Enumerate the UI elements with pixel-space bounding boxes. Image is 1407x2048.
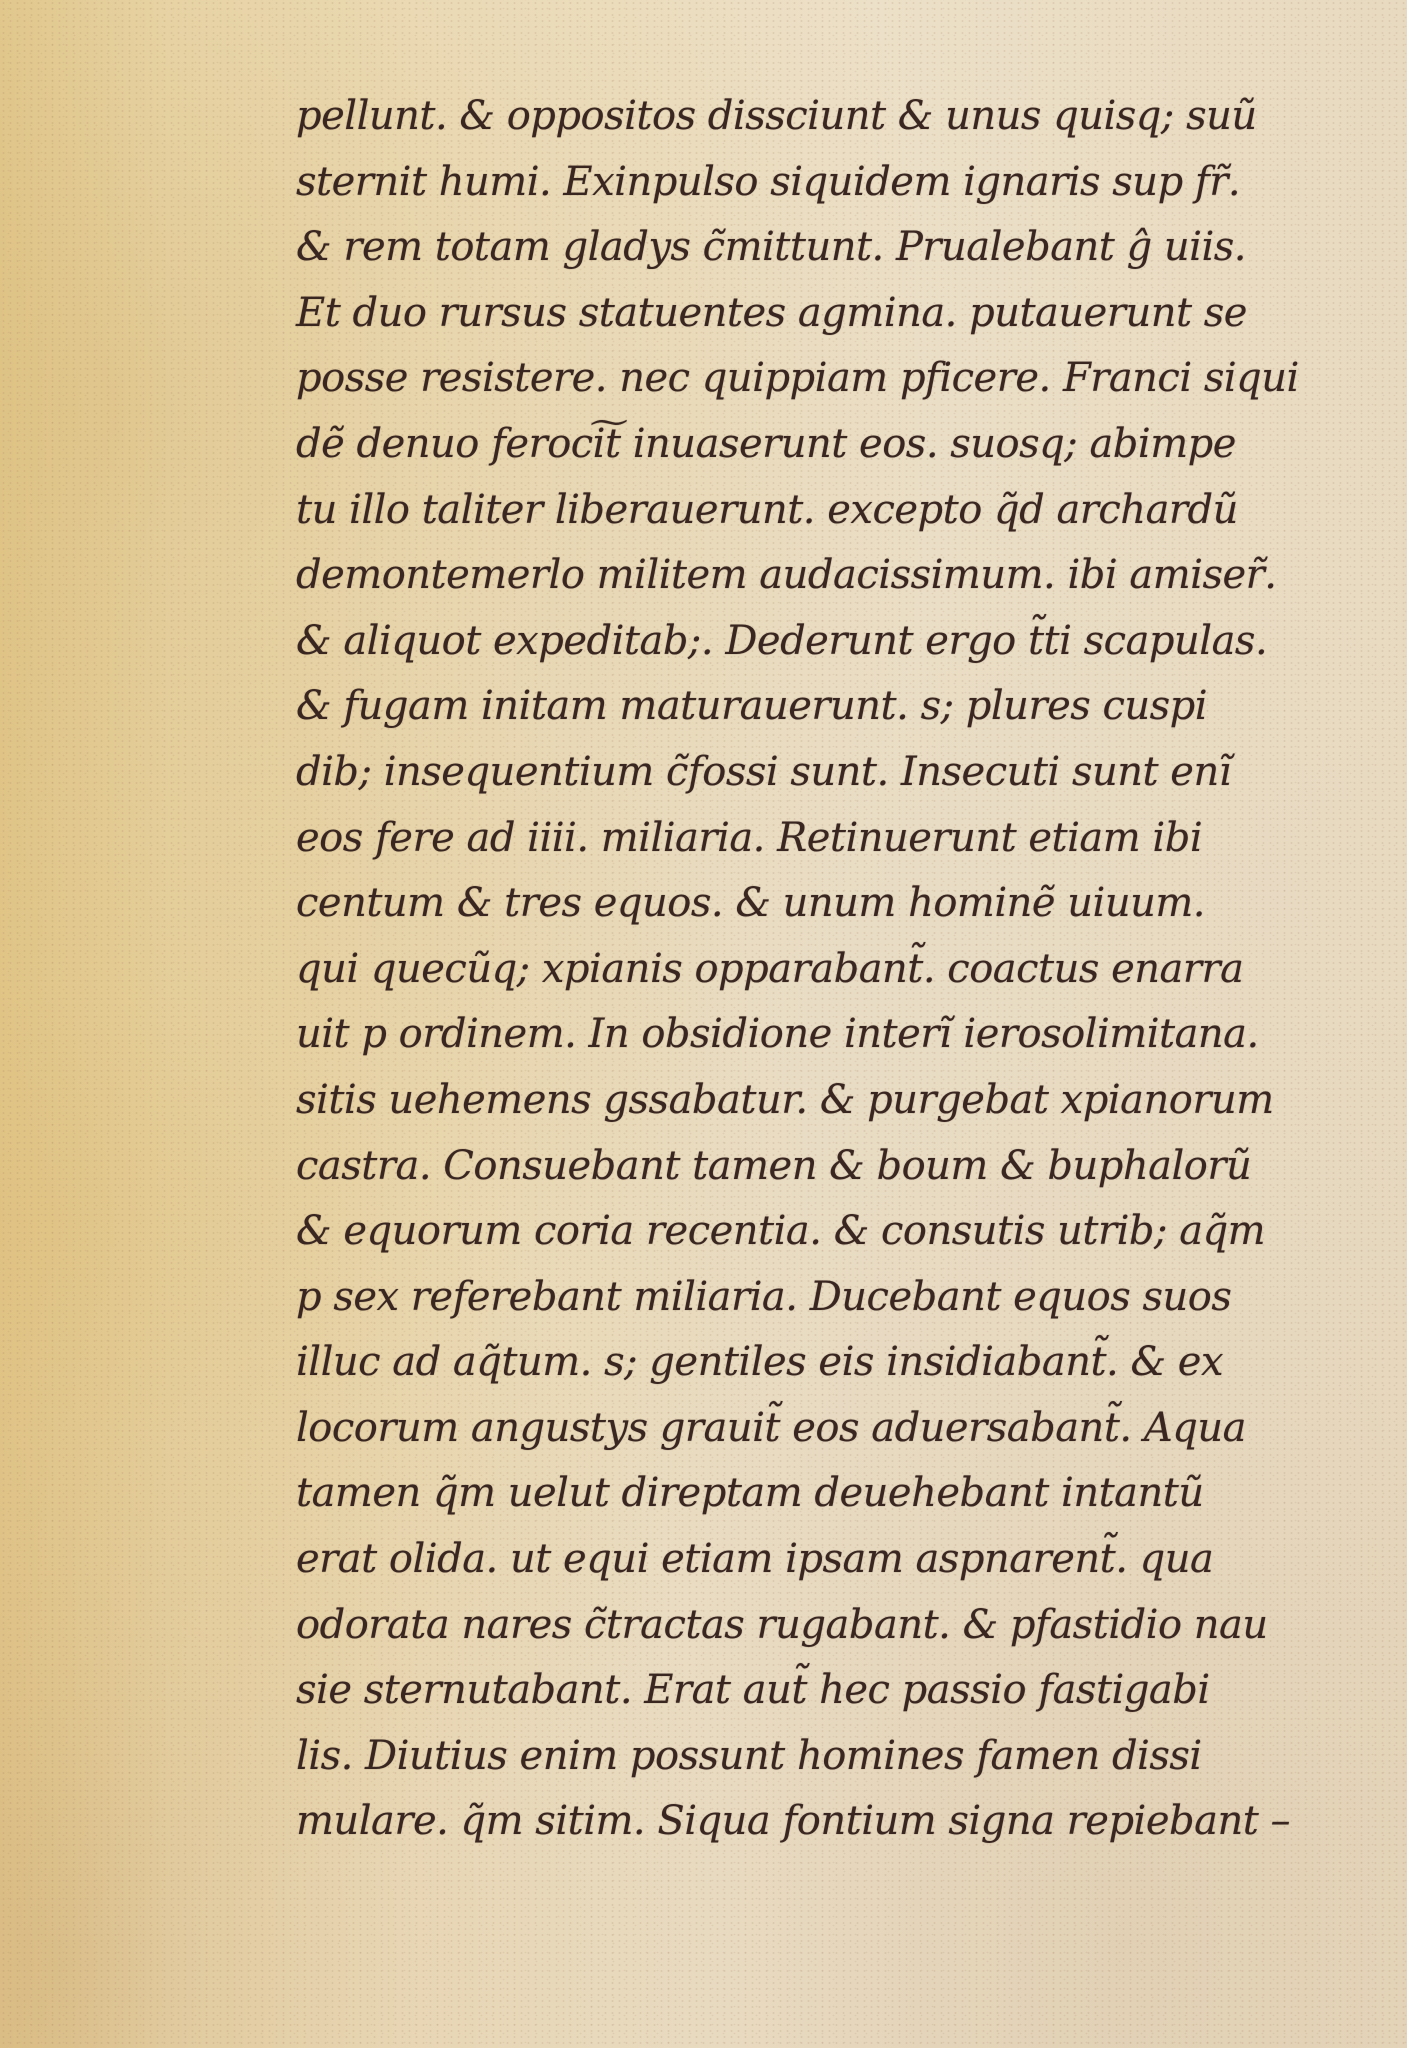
text-line: uit p ordinem. In obsidione interĩ ieros…	[296, 1002, 1316, 1068]
line-text: centum & tres equos. & unum hominẽ uiuum…	[296, 871, 1205, 937]
text-line: tamen q̃m uelut direptam deuehebant inta…	[296, 1461, 1316, 1527]
line-text: erat olida. ut equi etiam ipsam aspnaren…	[296, 1527, 1213, 1593]
text-line: sie sternutabant. Erat aut̃ hec passio f…	[296, 1658, 1316, 1724]
text-line: qui quecũq; xpianis opparabant̃. coactus…	[296, 937, 1316, 1003]
line-text: & aliquot expeditab;. Dederunt ergo t̃ti…	[296, 609, 1267, 675]
text-line: pellunt. & oppositos dissciunt & unus qu…	[296, 84, 1316, 150]
text-line: mulare. q̃m sitim. Siqua fontium signa r…	[296, 1789, 1316, 1855]
manuscript-folio: pellunt. & oppositos dissciunt & unus qu…	[0, 0, 1407, 2048]
line-text: & fugam initam maturauerunt. s; plures c…	[296, 674, 1207, 740]
text-column: pellunt. & oppositos dissciunt & unus qu…	[296, 84, 1316, 1855]
text-line: & equorum coria recentia. & consutis utr…	[296, 1199, 1316, 1265]
line-text: eos fere ad iiii. miliaria. Retinuerunt …	[296, 806, 1202, 872]
text-line: & fugam initam maturauerunt. s; plures c…	[296, 674, 1316, 740]
text-line: dẽ denuo feroci͠t inuaserunt eos. suosq;…	[296, 412, 1316, 478]
text-line: odorata nares c̃tractas rugabant. & pfas…	[296, 1593, 1316, 1659]
line-text: castra. Consuebant tamen & boum & buphal…	[296, 1134, 1251, 1200]
text-line: demontemerlo militem audacissimum. ibi a…	[296, 543, 1316, 609]
text-line: centum & tres equos. & unum hominẽ uiuum…	[296, 871, 1316, 937]
line-text: & equorum coria recentia. & consutis utr…	[296, 1199, 1265, 1265]
line-text: illuc ad aq̃tum. s; gentiles eis insidia…	[296, 1330, 1223, 1396]
line-text: dẽ denuo feroci͠t inuaserunt eos. suosq;…	[296, 412, 1236, 478]
line-text: pellunt. & oppositos dissciunt & unus qu…	[296, 84, 1257, 150]
text-line: & rem totam gladys c̃mittunt. Prualebant…	[296, 215, 1316, 281]
line-text: p sex referebant miliaria. Ducebant equo…	[296, 1265, 1231, 1331]
line-text: & rem totam gladys c̃mittunt. Prualebant…	[296, 215, 1246, 281]
text-line: eos fere ad iiii. miliaria. Retinuerunt …	[296, 806, 1316, 872]
line-text: locorum angustys grauit̃ eos aduersabant…	[296, 1396, 1246, 1462]
text-line: sitis uehemens gssabatur. & purgebat xpi…	[296, 1068, 1316, 1134]
line-text: mulare. q̃m sitim. Siqua fontium signa r…	[296, 1789, 1290, 1855]
text-line: tu illo taliter liberauerunt. excepto q̃…	[296, 478, 1316, 544]
line-text: dib; insequentium c̃fossi sunt. Insecuti…	[296, 740, 1231, 806]
line-text: odorata nares c̃tractas rugabant. & pfas…	[296, 1593, 1268, 1659]
line-text: Et duo rursus statuentes agmina. putauer…	[296, 281, 1247, 347]
line-text: sitis uehemens gssabatur. & purgebat xpi…	[296, 1068, 1274, 1134]
line-text: qui quecũq; xpianis opparabant̃. coactus…	[296, 937, 1244, 1003]
text-line: posse resistere. nec quippiam pficere. F…	[296, 346, 1316, 412]
text-line: illuc ad aq̃tum. s; gentiles eis insidia…	[296, 1330, 1316, 1396]
text-line: erat olida. ut equi etiam ipsam aspnaren…	[296, 1527, 1316, 1593]
line-text: uit p ordinem. In obsidione interĩ ieros…	[296, 1002, 1259, 1068]
line-text: tu illo taliter liberauerunt. excepto q̃…	[296, 478, 1238, 544]
line-text: sternit humi. Exinpulso siquidem ignaris…	[296, 150, 1240, 216]
text-line: lis. Diutius enim possunt homines famen …	[296, 1724, 1316, 1790]
text-line: sternit humi. Exinpulso siquidem ignaris…	[296, 150, 1316, 216]
line-text: posse resistere. nec quippiam pficere. F…	[296, 346, 1299, 412]
line-text: lis. Diutius enim possunt homines famen …	[296, 1724, 1202, 1790]
text-line: Et duo rursus statuentes agmina. putauer…	[296, 281, 1316, 347]
text-line: castra. Consuebant tamen & boum & buphal…	[296, 1134, 1316, 1200]
text-line: & aliquot expeditab;. Dederunt ergo t̃ti…	[296, 609, 1316, 675]
text-line: locorum angustys grauit̃ eos aduersabant…	[296, 1396, 1316, 1462]
line-text: demontemerlo militem audacissimum. ibi a…	[296, 543, 1276, 609]
line-text: sie sternutabant. Erat aut̃ hec passio f…	[296, 1658, 1210, 1724]
line-text: tamen q̃m uelut direptam deuehebant inta…	[296, 1461, 1204, 1527]
text-line: dib; insequentium c̃fossi sunt. Insecuti…	[296, 740, 1316, 806]
text-line: p sex referebant miliaria. Ducebant equo…	[296, 1265, 1316, 1331]
